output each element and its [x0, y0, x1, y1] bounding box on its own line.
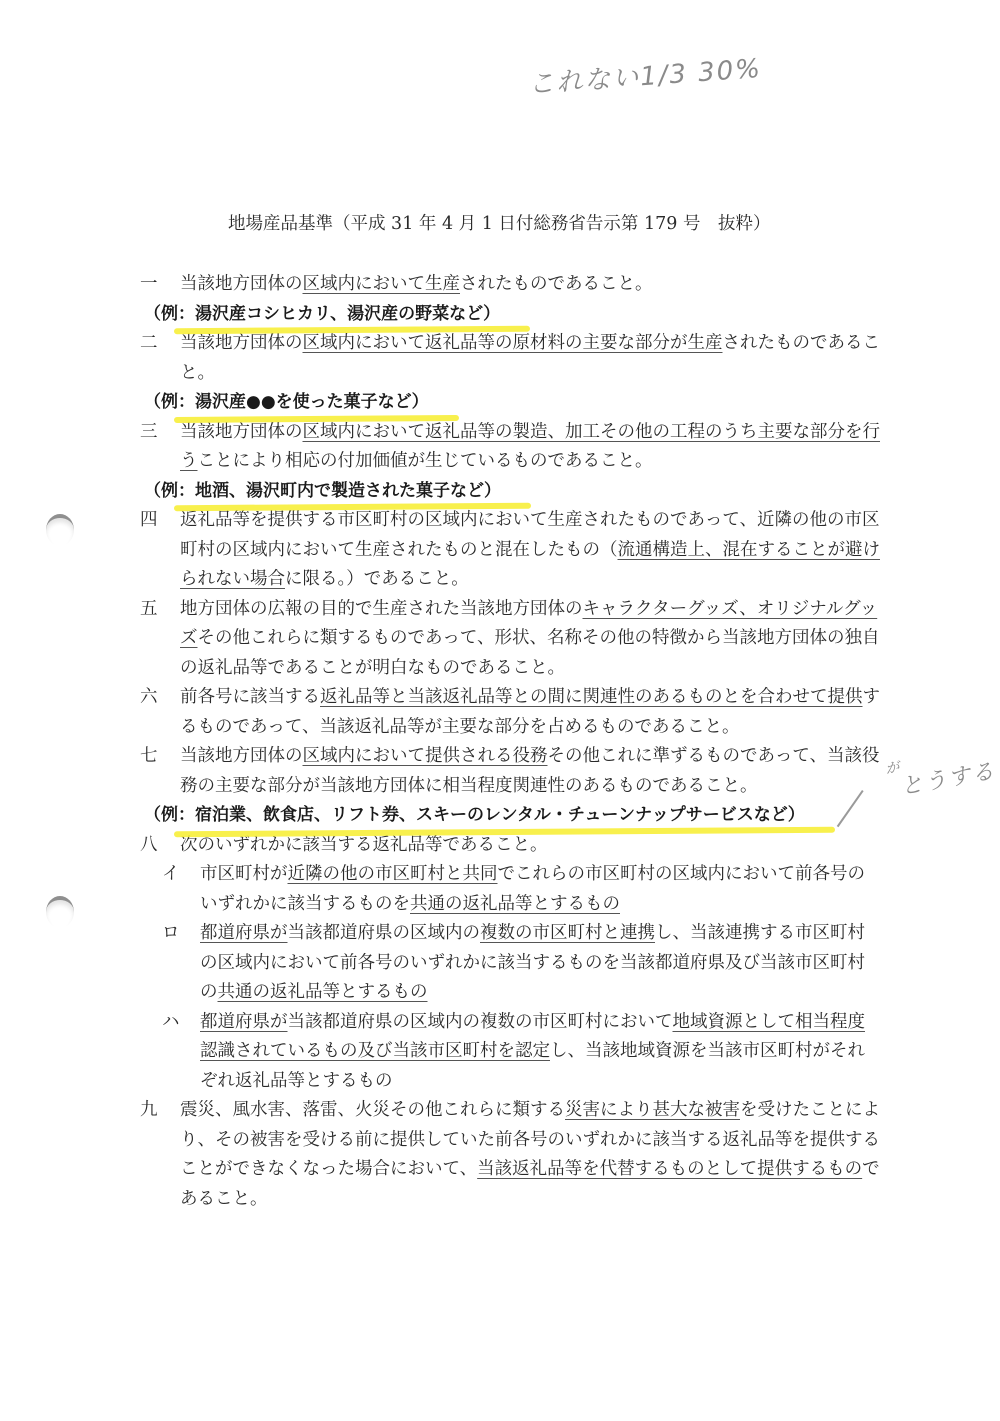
sub-criterion-item: ハ都道府県が当該都道府県の区域内の複数の市区町村において地域資源として相当程度認…: [162, 1008, 880, 1097]
underlined-text: 災害により甚大な被害: [565, 1100, 740, 1120]
punch-hole-icon: [46, 896, 74, 928]
criterion-item: 四返礼品等を提供する市区町村の区域内において生産されたものであって、近隣の他の市…: [140, 506, 880, 595]
criterion-text: 返礼品等を提供する市区町村の区域内において生産されたものであって、近隣の他の市区…: [180, 506, 880, 595]
handwritten-note-side: が とうする: [898, 754, 998, 801]
criterion-text: 前各号に該当する返礼品等と当該返礼品等との間に関連性のあるものとを合わせて提供す…: [180, 683, 880, 742]
text-segment: に限る。）であること。: [285, 569, 469, 589]
text-segment: 当該地方団体の: [180, 746, 303, 766]
text-segment: その他これらに類するものであって、形状、名称その他の特徴から当該地方団体の独自の…: [180, 628, 879, 678]
sub-criterion-number: イ: [162, 860, 200, 919]
criterion-item: 二当該地方団体の区域内において返礼品等の原材料の主要な部分が生産されたものである…: [140, 329, 880, 388]
highlighted-example: （例：地酒、湯沢町内で製造された菓子など）: [144, 477, 501, 507]
sub-criterion-number: ハ: [162, 1008, 200, 1097]
underlined-text: 近隣の他の市区町村と共同: [288, 864, 498, 884]
criterion-text: 当該地方団体の区域内において提供される役務その他これに準ずるものであって、当該役…: [180, 742, 880, 801]
sub-criterion-text: 市区町村が近隣の他の市区町村と共同でこれらの市区町村の区域内において前各号のいず…: [200, 860, 880, 919]
criterion-text: 地方団体の広報の目的で生産された当該地方団体のキャラクターグッズ、オリジナルグッ…: [180, 595, 880, 684]
criterion-item: 七当該地方団体の区域内において提供される役務その他これに準ずるものであって、当該…: [140, 742, 880, 801]
underlined-text: 都道府県が: [200, 1012, 288, 1032]
criterion-text: 震災、風水害、落雷、火災その他これらに類する災害により甚大な被害を受けたことによ…: [180, 1096, 880, 1214]
example-text: （例：地酒、湯沢町内で製造された菓子など）: [144, 481, 501, 501]
criterion-text: 当該地方団体の区域内において返礼品等の製造、加工その他の工程のうち主要な部分を行…: [180, 418, 880, 477]
underlined-text: 区域内において返礼品等の原材料の主要な部分が生産: [303, 333, 723, 353]
example-row: （例：宿泊業、飲食店、リフト券、スキーのレンタル・チューンナップサービスなど）: [140, 801, 880, 831]
criterion-text: 当該地方団体の区域内において生産されたものであること。: [180, 270, 880, 300]
text-segment: 次のいずれかに該当する返礼品等であること。: [180, 835, 548, 855]
handwritten-note-side-text: とうする: [899, 759, 998, 800]
text-segment: されたものであること。: [460, 274, 653, 294]
underlined-text: 複数の市区町村と連携: [480, 923, 655, 943]
underlined-text: 区域内において生産: [303, 274, 461, 294]
criterion-number: 一: [140, 270, 180, 300]
text-segment: 市区町村が: [200, 864, 288, 884]
criterion-number: 九: [140, 1096, 180, 1126]
text-segment: ことにより相応の付加価値が生じているものであること。: [198, 451, 653, 471]
underlined-text: 都道府県が: [200, 923, 288, 943]
criterion-text: 当該地方団体の区域内において返礼品等の原材料の主要な部分が生産されたものであるこ…: [180, 329, 880, 388]
criterion-item: 一当該地方団体の区域内において生産されたものであること。: [140, 270, 880, 300]
example-text: （例：宿泊業、飲食店、リフト券、スキーのレンタル・チューンナップサービスなど）: [144, 805, 805, 825]
highlighter-mark: [174, 415, 459, 423]
criterion-item: 六前各号に該当する返礼品等と当該返礼品等との間に関連性のあるものとを合わせて提供…: [140, 683, 880, 742]
sub-criterion-text: 都道府県が当該都道府県の区域内の複数の市区町村と連携し、当該連携する市区町村の区…: [200, 919, 880, 1008]
underlined-text: 共通の返礼品等とするもの: [410, 894, 620, 914]
text-segment: 当該都道府県の区域内の複数の市区町村において: [288, 1012, 673, 1032]
underlined-text: 区域内において提供される役務: [303, 746, 548, 766]
example-row: （例：湯沢産コシヒカリ、湯沢産の野菜など）: [140, 300, 880, 330]
underlined-text: 返礼品等と当該返礼品等との間に関連性のあるものとを合わせて提供: [320, 687, 863, 707]
highlighted-example: （例：湯沢産●●を使った菓子など）: [144, 388, 429, 418]
text-segment: 当該地方団体の: [180, 422, 303, 442]
criterion-item: 九震災、風水害、落雷、火災その他これらに類する災害により甚大な被害を受けたことに…: [140, 1096, 880, 1214]
underlined-text: 共通の返礼品等とするもの: [218, 982, 428, 1002]
highlighted-example: （例：宿泊業、飲食店、リフト券、スキーのレンタル・チューンナップサービスなど）: [144, 801, 805, 831]
text-segment: 地方団体の広報の目的で生産された当該地方団体の: [180, 599, 583, 619]
sub-criterion-text: 都道府県が当該都道府県の区域内の複数の市区町村において地域資源として相当程度認識…: [200, 1008, 880, 1097]
criteria-list: 一当該地方団体の区域内において生産されたものであること。（例：湯沢産コシヒカリ、…: [140, 270, 880, 1214]
text-segment: 震災、風水害、落雷、火災その他これらに類する: [180, 1100, 565, 1120]
underlined-text: 当該返礼品等を代替するものとして提供するもの: [477, 1159, 862, 1179]
criterion-number: 五: [140, 595, 180, 625]
sub-criterion-item: ロ都道府県が当該都道府県の区域内の複数の市区町村と連携し、当該連携する市区町村の…: [162, 919, 880, 1008]
criterion-number: 六: [140, 683, 180, 713]
text-segment: 当該地方団体の: [180, 274, 303, 294]
text-segment: 前各号に該当する: [180, 687, 320, 707]
highlighted-example: （例：湯沢産コシヒカリ、湯沢産の野菜など）: [144, 300, 500, 330]
criterion-item: 三当該地方団体の区域内において返礼品等の製造、加工その他の工程のうち主要な部分を…: [140, 418, 880, 477]
handwritten-note-side-small: が: [884, 756, 903, 778]
example-text: （例：湯沢産コシヒカリ、湯沢産の野菜など）: [144, 304, 500, 324]
document-title: 地場産品基準（平成 31 年 4 月 1 日付総務省告示第 179 号 抜粋）: [228, 210, 770, 235]
sub-criterion-item: イ市区町村が近隣の他の市区町村と共同でこれらの市区町村の区域内において前各号のい…: [162, 860, 880, 919]
example-row: （例：地酒、湯沢町内で製造された菓子など）: [140, 477, 880, 507]
text-segment: 当該都道府県の区域内の: [288, 923, 481, 943]
handwritten-note-top: これない1/3 30%: [527, 48, 763, 101]
criterion-item: 五地方団体の広報の目的で生産された当該地方団体のキャラクターグッズ、オリジナルグ…: [140, 595, 880, 684]
criterion-number: 七: [140, 742, 180, 772]
example-row: （例：湯沢産●●を使った菓子など）: [140, 388, 880, 418]
example-text: （例：湯沢産●●を使った菓子など）: [144, 392, 429, 412]
scanned-page: これない1/3 30% が とうする 地場産品基準（平成 31 年 4 月 1 …: [0, 0, 1000, 1421]
text-segment: 当該地方団体の: [180, 333, 303, 353]
sub-criterion-number: ロ: [162, 919, 200, 1008]
punch-hole-icon: [46, 514, 74, 546]
